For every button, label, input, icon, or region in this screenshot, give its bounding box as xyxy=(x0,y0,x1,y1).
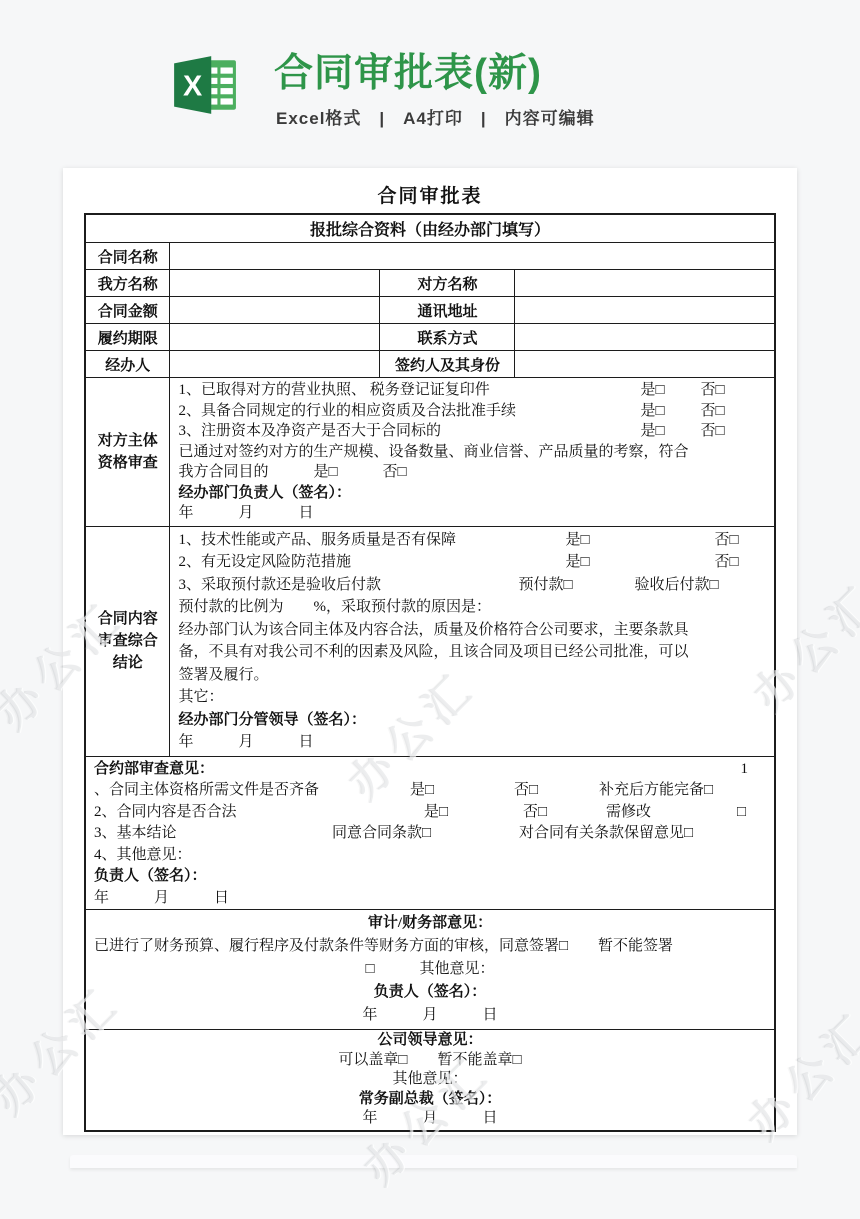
date-line: 年 月 日 xyxy=(178,503,766,524)
no-option: 否□ xyxy=(523,802,547,824)
needs-revision-checkbox: □ xyxy=(737,802,746,824)
check-line: 、合同主体资格所需文件是否齐备 是□ 否□ 补充后方能完备□ xyxy=(94,780,766,802)
yes-option: 是□ xyxy=(565,551,589,574)
document-preview-card[interactable]: 合同审批表 报批综合资料（由经办部门填写） 合同名称 我方名称 对方名称 合同金… xyxy=(63,168,797,1135)
section-content-review: 合同内容 审查综合 结论 1、技术性能或产品、服务质量是否有保障 是□ 否□ 2… xyxy=(85,526,775,756)
sign-label: 经办部门分管领导（签名）： xyxy=(178,709,766,732)
table-row: 经办人 签约人及其身份 xyxy=(85,351,775,378)
yes-option: 是□ xyxy=(640,401,664,422)
check-line: 3、采取预付款还是验收后付款 预付款□ 验收后付款□ xyxy=(178,574,766,597)
band-header-row: 报批综合资料（由经办部门填写） xyxy=(85,214,775,243)
check-line: 1、技术性能或产品、服务质量是否有保障 是□ 否□ xyxy=(178,529,766,552)
section-audit-finance-opinion: 审计/财务部意见： 已进行了财务预算、履行程序及付款条件等财务方面的审核，同意签… xyxy=(85,910,775,1030)
text-line: 已进行了财务预算、履行程序及付款条件等财务方面的审核，同意签署□ 暂不能签署 xyxy=(94,935,766,958)
field-value-contact xyxy=(515,324,775,351)
check-line: 2、合同内容是否合法 是□ 否□ 需修改 □ xyxy=(94,802,766,824)
section-label: 对方主体 资格审查 xyxy=(85,378,170,527)
date-line: 年 月 日 xyxy=(94,1004,766,1027)
section-header: 合约部审查意见： xyxy=(94,761,214,777)
field-value-signer xyxy=(515,351,775,378)
check-line: 2、有无设定风险防范措施 是□ 否□ xyxy=(178,551,766,574)
section-contract-dept-opinion: 合约部审查意见： 1 、合同主体资格所需文件是否齐备 是□ 否□ 补充后方能完备… xyxy=(85,756,775,910)
reserve-opinion-option: 对合同有关条款保留意见□ xyxy=(519,823,693,845)
check-line: 3、基本结论 同意合同条款□ 对合同有关条款保留意见□ xyxy=(94,823,766,845)
sign-label: 常务副总裁（签名）： xyxy=(94,1090,766,1110)
field-value-contract-name xyxy=(170,243,775,270)
field-label-contact: 联系方式 xyxy=(380,324,515,351)
no-option: 否□ xyxy=(700,401,724,422)
section-label: 合同内容 审查综合 结论 xyxy=(85,526,170,756)
no-option: 否□ xyxy=(714,529,738,552)
sign-label: 负责人（签名）： xyxy=(94,866,766,888)
yes-option: 是□ xyxy=(640,421,664,442)
pay-after-acceptance-option: 验收后付款□ xyxy=(634,574,718,597)
excel-icon: X xyxy=(170,54,238,116)
field-value-counterparty-name xyxy=(515,270,775,297)
text-line: □ 其他意见： xyxy=(94,958,766,981)
next-page-card xyxy=(70,1155,797,1168)
approval-form-table: 报批综合资料（由经办部门填写） 合同名称 我方名称 对方名称 合同金额 通讯地址… xyxy=(84,213,776,1132)
text-line: 4、其他意见： xyxy=(94,845,766,867)
section-header: 公司领导意见： xyxy=(94,1031,766,1051)
field-value-our-name xyxy=(170,270,380,297)
agree-terms-option: 同意合同条款□ xyxy=(332,823,431,845)
yes-option: 是□ xyxy=(410,780,434,802)
table-row: 我方名称 对方名称 xyxy=(85,270,775,297)
field-label-signer: 签约人及其身份 xyxy=(380,351,515,378)
section-company-leader-opinion: 公司领导意见： 可以盖章□ 暂不能盖章□ 其他意见： 常务副总裁（签名）： 年 … xyxy=(85,1030,775,1132)
section-header-line: 合约部审查意见： 1 xyxy=(94,759,766,781)
section-header: 审计/财务部意见： xyxy=(94,912,766,935)
band-header: 报批综合资料（由经办部门填写） xyxy=(85,214,775,243)
field-label-handler: 经办人 xyxy=(85,351,170,378)
check-line: 3、注册资本及净资产是否大于合同标的 是□ 否□ xyxy=(178,421,766,442)
field-label-counterparty-name: 对方名称 xyxy=(380,270,515,297)
check-line: 2、具备合同规定的行业的相应资质及合法批准手续 是□ 否□ xyxy=(178,401,766,422)
field-label-our-name: 我方名称 xyxy=(85,270,170,297)
field-value-address xyxy=(515,297,775,324)
needs-revision-option: 需修改 xyxy=(606,802,651,824)
text-line: 可以盖章□ 暂不能盖章□ xyxy=(94,1051,766,1071)
page-title: 合同审批表(新) xyxy=(274,52,542,97)
date-line: 年 月 日 xyxy=(94,888,766,910)
svg-text:X: X xyxy=(183,70,202,102)
field-label-address: 通讯地址 xyxy=(380,297,515,324)
date-line: 年 月 日 xyxy=(94,1109,766,1129)
yes-option: 是□ xyxy=(424,802,448,824)
text-line: 备，不具有对我公司不利的因素及风险，且该合同及项目已经公司批准，可以 xyxy=(178,641,766,664)
table-row: 合同金额 通讯地址 xyxy=(85,297,775,324)
sign-label: 负责人（签名）： xyxy=(94,981,766,1004)
sign-label: 经办部门负责人（签名）： xyxy=(178,483,766,504)
field-label-contract-name: 合同名称 xyxy=(85,243,170,270)
table-row: 合同名称 xyxy=(85,243,775,270)
yes-option: 是□ xyxy=(640,380,664,401)
page: X 合同审批表(新) Excel格式 | A4打印 | 内容可编辑 合同审批表 … xyxy=(0,0,860,1219)
text-line: 其它： xyxy=(178,686,766,709)
no-option: 否□ xyxy=(700,421,724,442)
text-line: 已通过对签约对方的生产规模、设备数量、商业信誉、产品质量的考察，符合 xyxy=(178,442,766,463)
text-line: 其他意见： xyxy=(94,1070,766,1090)
doc-title: 合同审批表 xyxy=(63,168,797,210)
page-subtitle: Excel格式 | A4打印 | 内容可编辑 xyxy=(276,104,595,129)
field-value-term xyxy=(170,324,380,351)
field-value-amount xyxy=(170,297,380,324)
complete-after-supplement-option: 补充后方能完备□ xyxy=(599,780,713,802)
table-row: 履约期限 联系方式 xyxy=(85,324,775,351)
no-option: 否□ xyxy=(700,380,724,401)
text-line: 签署及履行。 xyxy=(178,664,766,687)
date-line: 年 月 日 xyxy=(178,731,766,754)
page-number: 1 xyxy=(741,759,749,781)
no-option: 否□ xyxy=(714,551,738,574)
yes-option: 是□ xyxy=(565,529,589,552)
field-value-handler xyxy=(170,351,380,378)
no-option: 否□ xyxy=(514,780,538,802)
section-counterparty-qualification: 对方主体 资格审查 1、已取得对方的营业执照、 税务登记证复印件 是□ 否□ 2… xyxy=(85,378,775,527)
text-line: 经办部门认为该合同主体及内容合法，质量及价格符合公司要求，主要条款具 xyxy=(178,619,766,642)
field-label-amount: 合同金额 xyxy=(85,297,170,324)
text-line: 预付款的比例为 %，采取预付款的原因是： xyxy=(178,596,766,619)
prepay-option: 预付款□ xyxy=(518,574,572,597)
field-label-term: 履约期限 xyxy=(85,324,170,351)
text-line: 我方合同目的 是□ 否□ xyxy=(178,462,766,483)
check-line: 1、已取得对方的营业执照、 税务登记证复印件 是□ 否□ xyxy=(178,380,766,401)
